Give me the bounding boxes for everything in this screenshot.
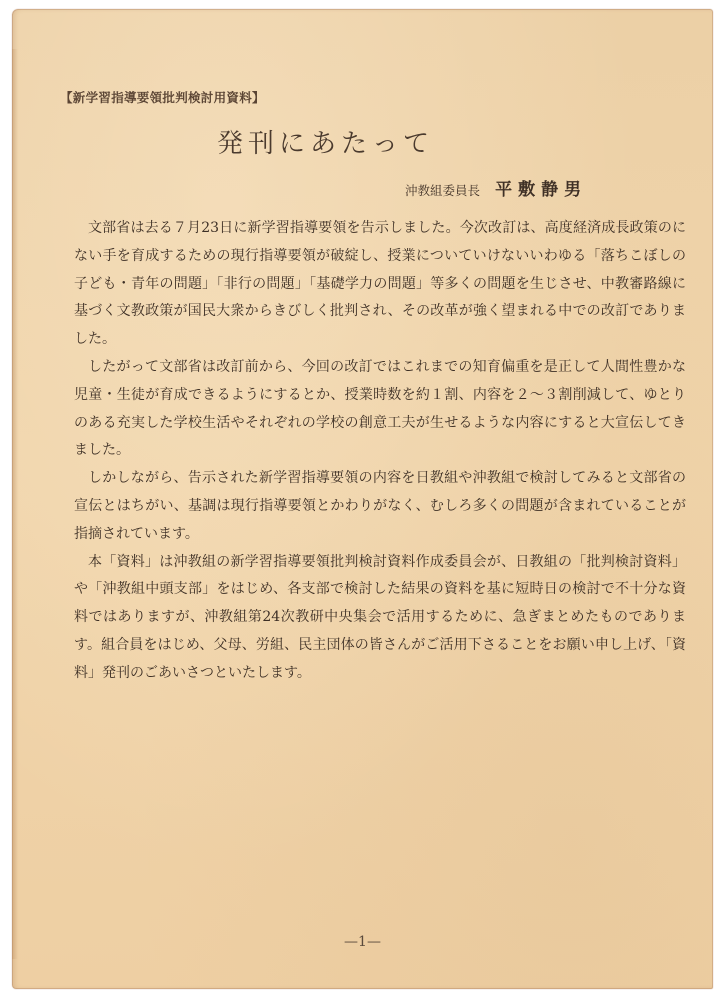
author-name: 平敷静男: [495, 180, 587, 200]
author-line: 沖教組委員長 平敷静男: [405, 175, 587, 200]
page-number: —1—: [12, 934, 713, 950]
document-page: 【新学習指導要領批判検討用資料】 発刊にあたって 沖教組委員長 平敷静男 文部省…: [12, 9, 713, 989]
document-title: 発刊にあたって: [217, 123, 434, 160]
document-body: 文部省は去る７月23日に新学習指導要領を告示しました。今次改訂は、高度経済成長政…: [74, 215, 686, 688]
paragraph: しかしながら、告示された新学習指導要領の内容を日教組や沖教組で検討してみると文部…: [74, 465, 686, 548]
paragraph: 本「資料」は沖教組の新学習指導要領批判検討資料作成委員会が、日教組の「批判検討資…: [74, 549, 686, 688]
paragraph: したがって文部省は改訂前から、今回の改訂ではこれまでの知育偏重を是正して人間性豊…: [74, 354, 686, 465]
paragraph: 文部省は去る７月23日に新学習指導要領を告示しました。今次改訂は、高度経済成長政…: [74, 215, 686, 354]
series-tag: 【新学習指導要領批判検討用資料】: [60, 88, 265, 106]
author-role: 沖教組委員長: [405, 183, 480, 198]
